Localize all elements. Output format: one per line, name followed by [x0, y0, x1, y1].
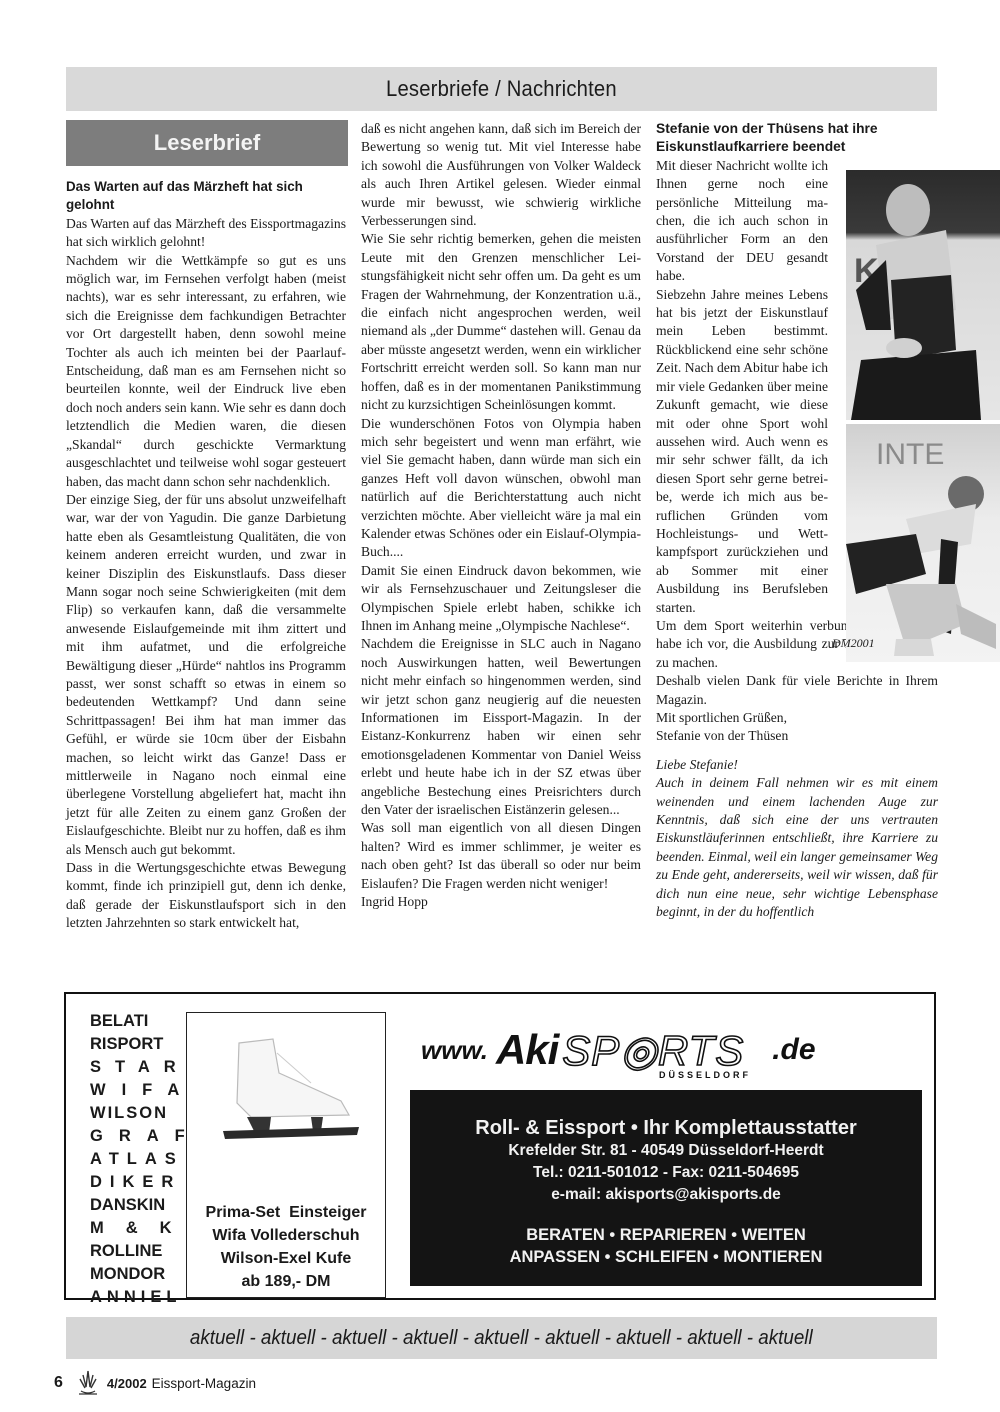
skate-offer-text: Prima-Set Einsteiger Wifa Vollederschuh …: [187, 1201, 385, 1293]
reply-text: Auch in deinem Fall nehmen wir es mit ei…: [656, 774, 938, 921]
skater-photo-crouching: INTE: [846, 424, 1000, 662]
letter-column-1: Leserbrief Das Warten auf das Märzheft h…: [66, 120, 346, 933]
brand-item: GRAF: [90, 1125, 178, 1148]
skater-photos: K CH INTE: [846, 170, 1000, 662]
brand-item: ANNIEL: [90, 1286, 178, 1309]
brand-item: MONDOR: [90, 1263, 178, 1286]
services-line: BERATEN • REPARIEREN • WEITEN: [410, 1224, 922, 1246]
page-number: 6: [54, 1374, 63, 1392]
skater-standing-icon: K CH: [846, 170, 1000, 420]
reply-greeting: Liebe Stefanie!: [656, 756, 938, 774]
aktuell-banner: aktuell - aktuell - aktuell - aktuell - …: [66, 1317, 937, 1359]
offer-line: Prima-Set Einsteiger: [187, 1201, 385, 1224]
akisports-logo[interactable]: www. Aki SP◎RTS DÜSSELDORF .de: [421, 1020, 901, 1080]
logo-sports: SP◎RTS: [562, 1026, 744, 1075]
page-footer: 6 4/2002 Eissport-Magazin: [54, 1369, 256, 1397]
services-list: BERATEN • REPARIEREN • WEITEN ANPASSEN •…: [410, 1224, 922, 1268]
contact-box: Roll- & Eissport • Ihr Komplettausstatte…: [410, 1090, 922, 1286]
letter-paragraph: daß es nicht angehen kann, daß sich im B…: [361, 120, 641, 230]
leserbrief-badge-label: Leserbrief: [154, 134, 260, 152]
brand-item: WILSON: [90, 1102, 178, 1125]
services-line: ANPASSEN • SCHLEIFEN • MONTIEREN: [410, 1246, 922, 1268]
aktuell-banner-text: aktuell - aktuell - aktuell - aktuell - …: [190, 1327, 813, 1350]
brand-item: DANSKIN: [90, 1194, 178, 1217]
svg-text:INTE: INTE: [876, 438, 944, 471]
skate-offer-box: Prima-Set Einsteiger Wifa Vollederschuh …: [186, 1012, 386, 1298]
contact-phone: Tel.: 0211-501012 - Fax: 0211-504695: [410, 1162, 922, 1184]
brand-list: BELATI RISPORT STAR WIFA WILSON GRAF ATL…: [90, 1010, 178, 1309]
letter-paragraph: Die wunderschönen Fotos von Olympia habe…: [361, 415, 641, 562]
photo-caption: DM2001: [832, 636, 875, 651]
letter-paragraph: Dass in die Wertungsgeschichte etwas Bew…: [66, 859, 346, 933]
issue-number: 4/2002: [107, 1376, 147, 1391]
news-paragraph: Mit dieser Nachricht wollte ich Ihnen ge…: [656, 157, 828, 286]
contact-email[interactable]: e-mail: akisports@akisports.de: [410, 1184, 922, 1206]
news-paragraph: Siebzehn Jahre meines Le­bens hat bis je…: [656, 286, 828, 617]
magazine-name: Eissport-Magazin: [152, 1376, 256, 1391]
akisports-advertisement: BELATI RISPORT STAR WIFA WILSON GRAF ATL…: [64, 992, 936, 1300]
news-title: Stefanie von der Thüsens hat ihre Eiskun…: [656, 120, 916, 157]
news-signature: Stefanie von der Thüsen: [656, 727, 938, 745]
leserbrief-badge: Leserbrief: [66, 120, 348, 166]
letter-signature: Ingrid Hopp: [361, 893, 641, 911]
skater-crouching-icon: INTE: [846, 424, 1000, 662]
brand-item: ATLAS: [90, 1148, 178, 1171]
magazine-logo-icon: [75, 1369, 101, 1397]
ice-skate-icon: [211, 1033, 366, 1143]
offer-line: Wifa Vollederschuh: [187, 1224, 385, 1247]
section-header-banner: Leserbriefe / Nachrichten: [66, 67, 937, 111]
brand-item: STAR: [90, 1056, 178, 1079]
brand-item: ROLLINE: [90, 1240, 178, 1263]
logo-www: www.: [421, 1035, 488, 1066]
brand-item: DIKER: [90, 1171, 178, 1194]
brand-item: WIFA: [90, 1079, 178, 1102]
letter-title: Das Warten auf das Märzheft hat sich gel…: [66, 178, 346, 215]
letter-paragraph: Was soll man eigentlich von all diesen D…: [361, 819, 641, 893]
offer-line: Wilson-Exel Kufe: [187, 1247, 385, 1270]
brand-item: BELATI: [90, 1010, 178, 1033]
brand-item: RISPORT: [90, 1033, 178, 1056]
offer-price: ab 189,- DM: [187, 1270, 385, 1293]
letter-column-2: daß es nicht angehen kann, daß sich im B…: [361, 120, 641, 911]
skater-photo-standing: K CH: [846, 170, 1000, 420]
news-paragraph: Deshalb vielen Dank für viele Berichte i…: [656, 672, 938, 709]
news-wrapped-text: Mit dieser Nachricht wollte ich Ihnen ge…: [656, 157, 828, 617]
logo-domain: .de: [772, 1033, 815, 1067]
letter-paragraph: Wie Sie sehr richtig bemerken, gehen die…: [361, 230, 641, 414]
letter-paragraph: Das Warten auf das Märzheft des Eissport…: [66, 215, 346, 252]
contact-address: Krefelder Str. 81 - 40549 Düsseldorf-Hee…: [410, 1140, 922, 1162]
brand-item: M&K: [90, 1217, 178, 1240]
letter-paragraph: Nachdem wir die Wettkämpfe so gut es uns…: [66, 252, 346, 491]
letter-paragraph: Der einzige Sieg, der für uns absolut un…: [66, 491, 346, 859]
letter-paragraph: Nachdem die Ereignisse in SLC auch in Na…: [361, 635, 641, 819]
letter-paragraph: Damit Sie einen Eindruck davon bekommen,…: [361, 562, 641, 636]
contact-headline: Roll- & Eissport • Ihr Komplettausstatte…: [410, 1117, 922, 1140]
section-title: Leserbriefe / Nachrichten: [386, 76, 617, 102]
logo-aki: Aki: [496, 1026, 558, 1074]
news-paragraph: Mit sportlichen Grüßen,: [656, 709, 938, 727]
logo-city: DÜSSELDORF: [659, 1070, 751, 1080]
